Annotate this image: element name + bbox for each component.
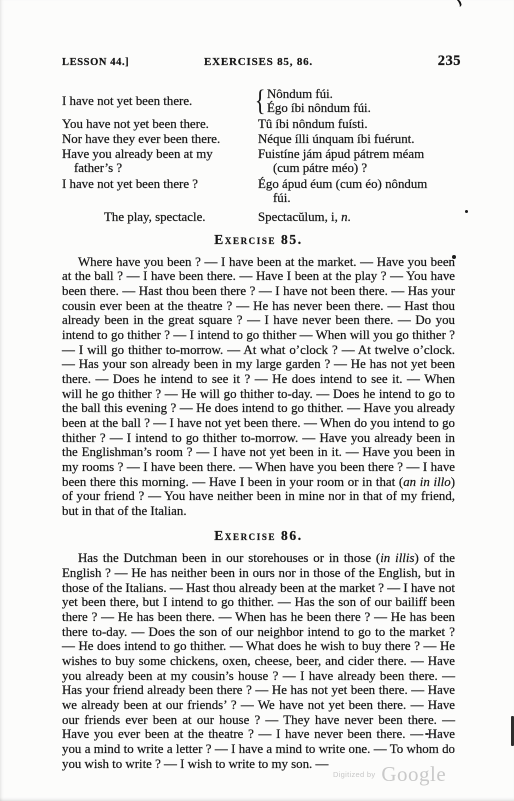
vocab-english-line: The play, spectacle. <box>104 210 206 224</box>
book-page: LESSON 44.] EXERCISES 85, 86. 235 I have… <box>0 0 514 801</box>
vocab-english-line: Nor have they ever been there. <box>62 132 220 146</box>
vocab-latin: Tû íbi nôndum fuísti. <box>258 117 455 131</box>
page-header: LESSON 44.] EXERCISES 85, 86. 235 <box>62 55 455 69</box>
vocab-latin: Égo ápud éum (cum éo) nôndum fúi. <box>258 177 455 206</box>
vocab-english: Nor have they ever been there. <box>62 132 258 146</box>
vocab-latin-line: fúi. <box>258 191 455 205</box>
scan-mark-top <box>450 0 463 9</box>
vocab-latin-line: (cum pátre méo) ? <box>258 161 455 175</box>
vocab-english-line: father’s ? <box>62 161 258 175</box>
vocab-row: I have not yet been there. { Nôndum fúi.… <box>62 87 455 116</box>
scan-speck <box>465 210 468 213</box>
vocab-latin-line: Égo íbi nôndum fúi. <box>267 101 455 115</box>
exercise-86-section: Exercise 86. Has the Dutchman been in ou… <box>62 528 455 771</box>
scan-speck <box>452 255 456 259</box>
watermark-prefix: Digitized by <box>333 770 375 779</box>
vocab-english-line: I have not yet been there ? <box>62 177 198 191</box>
digitized-by-google-watermark: Digitized by Google <box>333 762 446 787</box>
vocab-row: You have not yet been there. Tû íbi nônd… <box>62 117 455 131</box>
vocab-latin-line: Spectacŭlum, i, n. <box>258 210 455 224</box>
vocab-english-line: Have you already been at my <box>62 147 258 161</box>
vocab-latin-line: Nôndum fúi. <box>267 87 455 101</box>
vocab-latin: Néque ílli únquam íbi fuérunt. <box>258 132 455 146</box>
exercise-85-section: Exercise 85. Where have you been ? — I h… <box>62 232 455 519</box>
vocab-latin: Spectacŭlum, i, n. <box>258 210 455 224</box>
vocab-english: Have you already been at my father’s ? <box>62 147 258 176</box>
exercise-86-text: Has the Dutchman been in our storehouses… <box>62 551 455 771</box>
running-title-exercises: EXERCISES 85, 86. <box>62 56 455 68</box>
vocab-latin: Fuistíne jám ápud pátrem méam (cum pátre… <box>258 147 455 176</box>
vocab-latin: { Nôndum fúi. Égo íbi nôndum fúi. <box>258 87 455 116</box>
vocab-english-line: You have not yet been there. <box>62 117 209 131</box>
vocab-english: You have not yet been there. <box>62 117 258 131</box>
vocab-row: I have not yet been there ? Égo ápud éum… <box>62 177 455 206</box>
vocab-latin-line: Fuistíne jám ápud pátrem méam <box>258 147 455 161</box>
vocab-row: Nor have they ever been there. Néque íll… <box>62 132 455 146</box>
scan-speck <box>447 274 449 276</box>
vocab-latin-line: Égo ápud éum (cum éo) nôndum <box>258 177 455 191</box>
vocab-row: Have you already been at my father’s ? F… <box>62 147 455 176</box>
vocab-english: The play, spectacle. <box>62 210 258 224</box>
scan-speck <box>425 733 429 735</box>
exercise-85-text: Where have you been ? — I have been at t… <box>62 255 455 519</box>
brace-glyph: { <box>255 94 266 108</box>
vocab-latin-line: Néque ílli únquam íbi fuérunt. <box>258 132 455 146</box>
exercise-85-heading: Exercise 85. <box>62 232 455 248</box>
vocab-english: I have not yet been there ? <box>62 177 258 206</box>
vocab-row: The play, spectacle. Spectacŭlum, i, n. <box>62 210 455 224</box>
vocab-latin-line: Tû íbi nôndum fuísti. <box>258 117 455 131</box>
google-logo: Google <box>381 762 446 787</box>
vocab-english-line: I have not yet been there. <box>62 94 192 108</box>
page-number: 235 <box>438 53 461 70</box>
vocab-english: I have not yet been there. <box>62 94 258 108</box>
vocabulary-table: I have not yet been there. { Nôndum fúi.… <box>62 87 455 225</box>
exercise-86-heading: Exercise 86. <box>62 528 455 544</box>
